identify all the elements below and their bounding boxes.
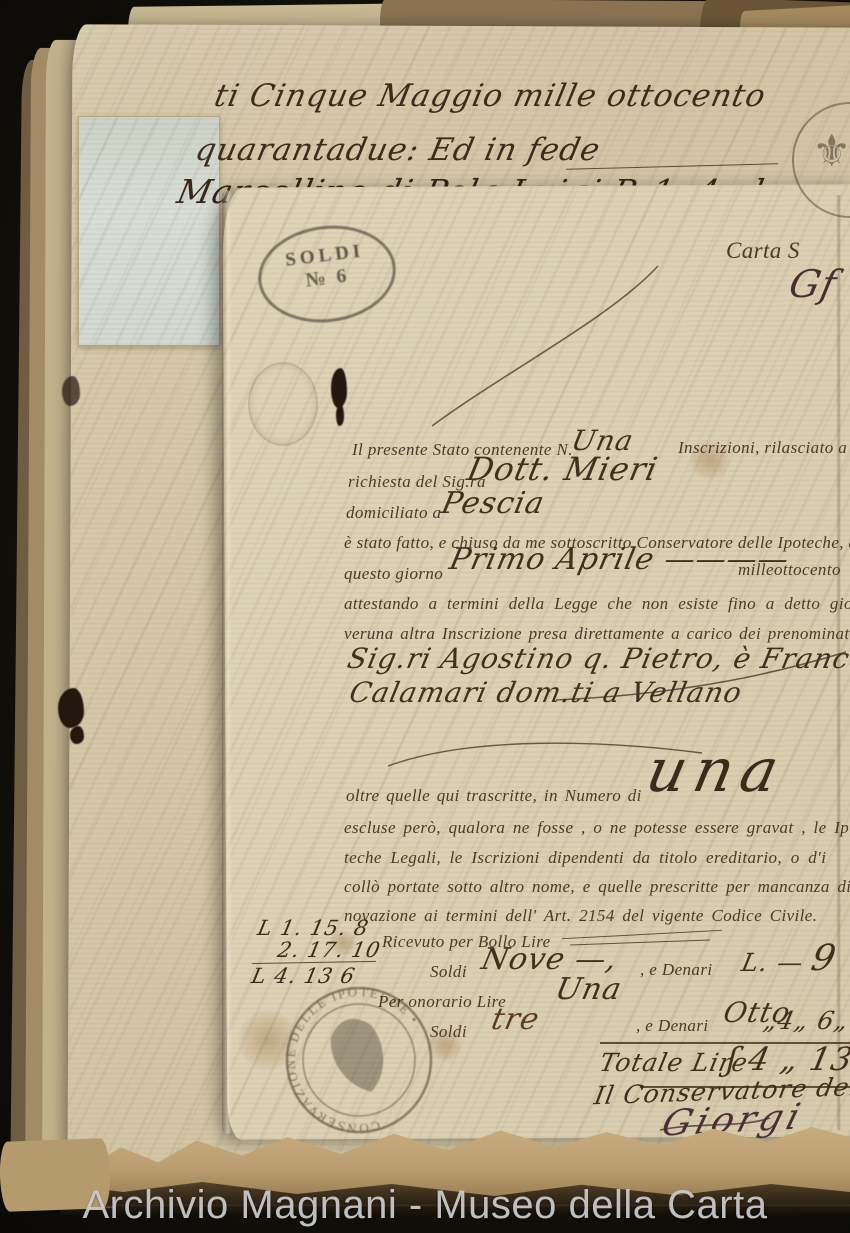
cert-line6: attestando a termini della Legge che non… [344, 594, 850, 614]
ink-blot-left-3 [62, 376, 80, 406]
cert-line9-value: Calamari dom.ti a Vellano [346, 676, 745, 709]
fee-amount2: „4„ 6„ [761, 1006, 850, 1035]
ink-blot-top [331, 368, 347, 408]
cert-line3-value: Pescia [438, 486, 548, 521]
archival-photo: ti Cinque Maggio mille ottocento quarant… [0, 0, 850, 1233]
cert-line5-tail: milleottocento [738, 560, 841, 580]
cert-line11: escluse però, qualora ne fosse , o ne po… [344, 818, 849, 838]
ink-blot-left-2 [70, 726, 84, 744]
margin-sum-row3: L 4. 13 6 [249, 964, 357, 988]
cert-line5-printed: questo giorno [344, 564, 443, 584]
fleur-de-lis-icon: ⚜ [812, 126, 850, 177]
fee-soldi-label: Soldi [430, 962, 467, 982]
margin-sum-row2: 2. 17. 10 [275, 938, 383, 962]
fee-soldi2-value: tre [488, 1002, 543, 1037]
fee-denari-label: , e Denari [640, 960, 712, 980]
cert-line10-value: una [641, 736, 793, 806]
cert-line3-printed: domiciliato a [346, 503, 441, 523]
carta-heading: Carta S [726, 238, 800, 264]
deckle-edge [222, 190, 232, 1134]
ink-blot-left-1 [58, 688, 84, 728]
cert-line1-tail: Inscrizioni, rilasciato a [678, 438, 847, 458]
header-handwriting-line2: quarantadue: Ed in fede [192, 132, 604, 168]
fee-denari2-label: , e Denari [636, 1016, 708, 1036]
countersign-flourish: Gf [785, 262, 841, 306]
embossed-seal [248, 362, 318, 446]
cert-line7: veruna altra Inscrizione presa direttame… [344, 624, 850, 644]
cert-line13: collò portate sotto altro nome, e quelle… [344, 877, 850, 897]
cert-line2-value: Dott. Mieri [464, 450, 662, 488]
cert-line12: teche Legali, le Iscrizioni dipendenti d… [344, 848, 826, 868]
cert-line14: novazione ai termini dell' Art. 2154 del… [344, 906, 817, 926]
cert-line10-printed: oltre quelle qui trascritte, in Numero d… [346, 786, 642, 806]
ink-blot-top-drip [336, 404, 344, 426]
margin-sum-row1: L 1. 15. 8 [255, 916, 371, 940]
fee-onorario-value: Una [552, 972, 625, 1007]
fee-amount1-lire: L. — [739, 948, 807, 977]
header-handwriting-line1: ti Cinque Maggio mille ottocento [211, 78, 769, 114]
cert-line8-value: Sig.ri Agostino q. Pietro, è Francesco P… [344, 642, 850, 675]
fee-soldi2-label: Soldi [430, 1022, 467, 1042]
museum-caption: Archivio Magnani - Museo della Carta [0, 1183, 850, 1228]
